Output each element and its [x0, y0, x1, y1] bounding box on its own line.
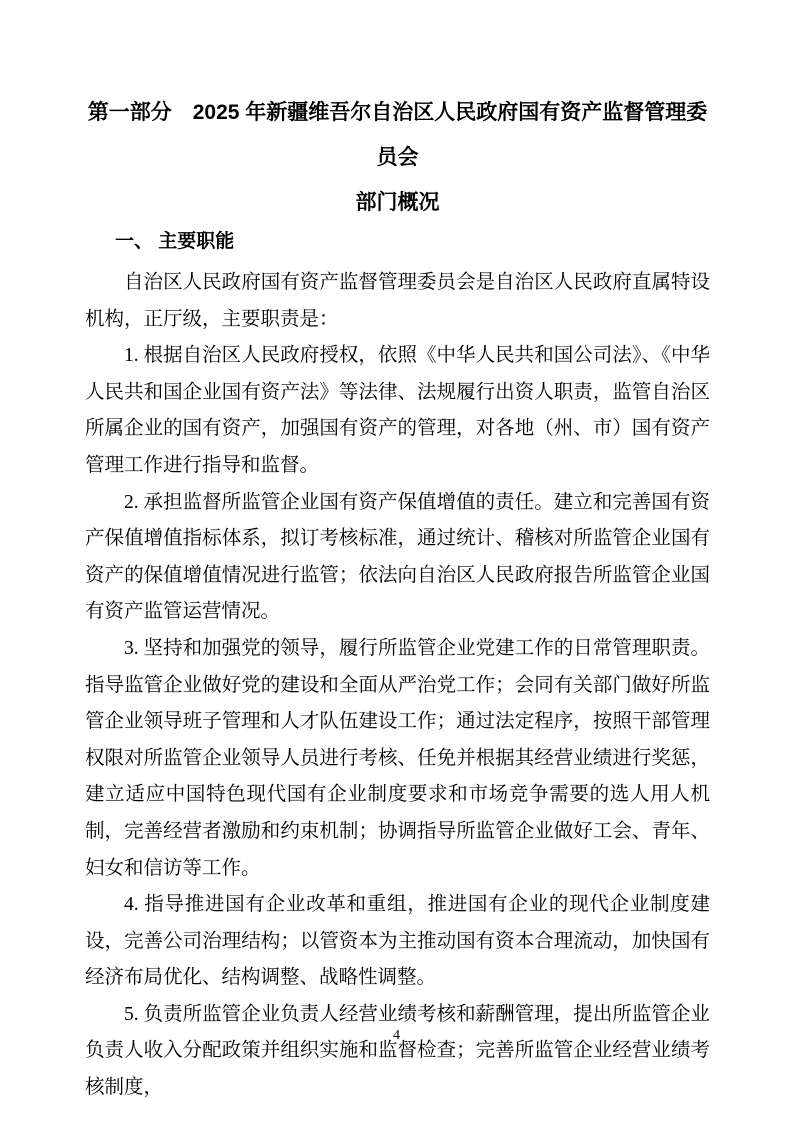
document-title-line-2: 部门概况 [85, 180, 710, 225]
document-title-line-1: 第一部分 2025 年新疆维吾尔自治区人民政府国有资产监督管理委员会 [85, 90, 710, 180]
body-paragraph-item-5: 5. 负责所监管企业负责人经营业绩考核和薪酬管理，提出所监管企业负责人收入分配政… [85, 997, 710, 1107]
body-paragraph-item-1: 1. 根据自治区人民政府授权，依照《中华人民共和国公司法》、《中华人民共和国企业… [85, 338, 710, 484]
section-heading-main-functions: 一、 主要职能 [85, 227, 710, 257]
body-paragraph-item-2: 2. 承担监督所监管企业国有资产保值增值的责任。建立和完善国有资产保值增值指标体… [85, 485, 710, 631]
body-paragraph-intro: 自治区人民政府国有资产监督管理委员会是自治区人民政府直属特设机构，正厅级，主要职… [85, 265, 710, 338]
document-page: 第一部分 2025 年新疆维吾尔自治区人民政府国有资产监督管理委员会 部门概况 … [0, 0, 793, 1122]
body-paragraph-item-3: 3. 坚持和加强党的领导，履行所监管企业党建工作的日常管理职责。指导监管企业做好… [85, 631, 710, 887]
document-body: 自治区人民政府国有资产监督管理委员会是自治区人民政府直属特设机构，正厅级，主要职… [85, 265, 710, 1107]
page-number: 4 [0, 1028, 793, 1044]
body-paragraph-item-4: 4. 指导推进国有企业改革和重组，推进国有企业的现代企业制度建设，完善公司治理结… [85, 887, 710, 997]
document-title: 第一部分 2025 年新疆维吾尔自治区人民政府国有资产监督管理委员会 部门概况 [85, 90, 710, 225]
